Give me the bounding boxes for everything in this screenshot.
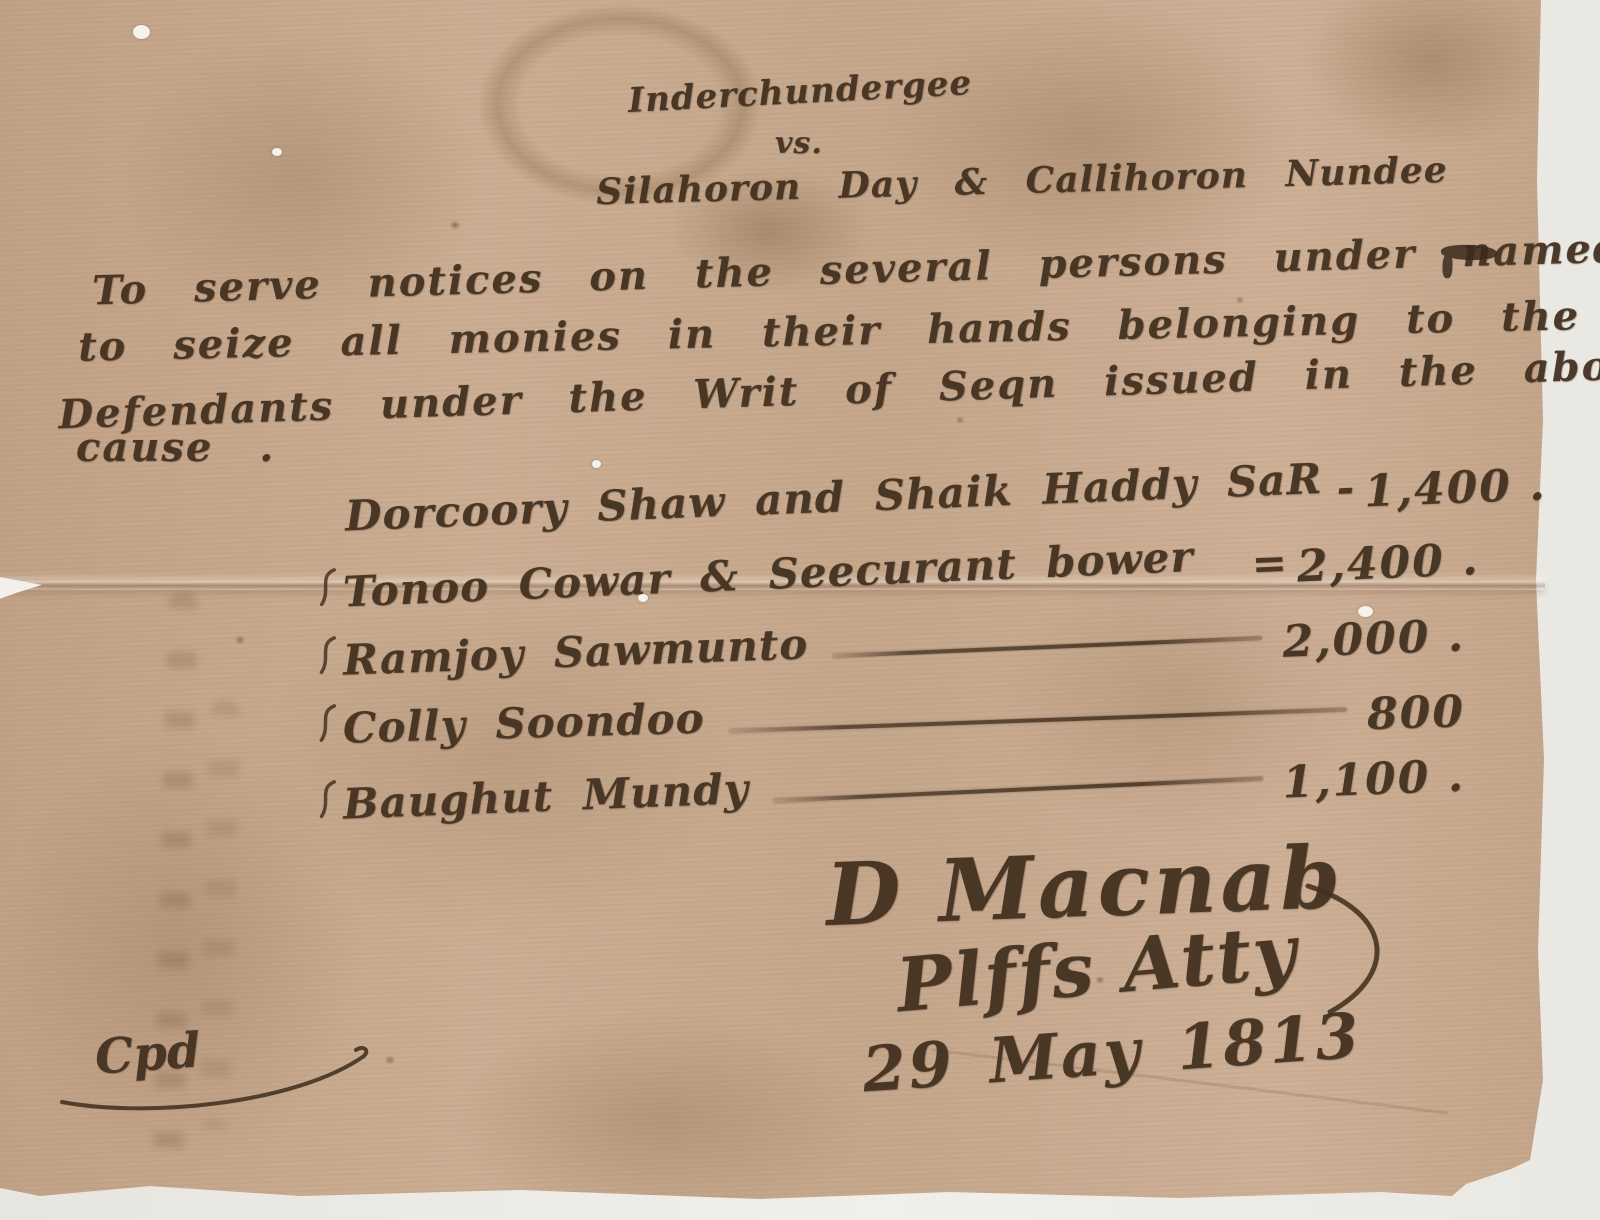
entry-amount: 2,400 . [1296,534,1480,593]
paper-hole [592,460,601,468]
entry-amount: 1,100 . [1282,751,1466,809]
versus-label: vs. [775,126,823,161]
ruled-dash-line [833,636,1263,658]
paper-hole [133,25,150,39]
check-tick-icon [314,634,342,683]
ruled-dash-line [729,707,1347,733]
check-tick-icon [314,702,341,751]
entry-amount: 1,400 . [1363,459,1547,517]
scanned-document: Inderchundergee vs. Silahoron Day & Call… [0,0,1600,1220]
order-text-line: cause . [76,424,275,471]
ruled-dash-line [773,777,1262,803]
check-tick-icon [314,566,342,615]
paper-hole [1358,606,1373,617]
ink-blot [1441,244,1497,261]
paper-hole [638,594,648,602]
docket-flourish [56,1038,386,1118]
entry-name: Colly Soondoo [342,694,705,753]
check-tick-icon [314,778,342,827]
entry-amount: 800 [1366,686,1465,740]
entry-separator: - [1336,463,1355,513]
entry-separator: = [1251,538,1288,588]
paper-hole [272,148,282,156]
entry-amount: 2,000 . [1282,610,1466,667]
